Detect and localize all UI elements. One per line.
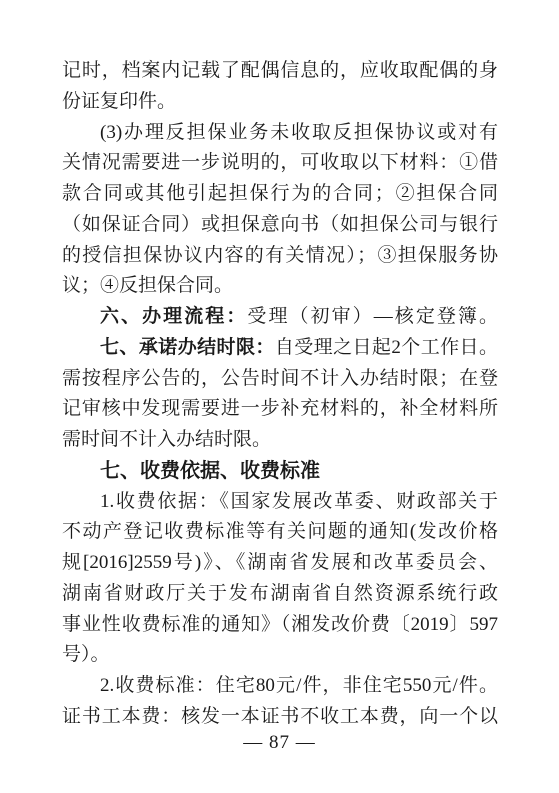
text-line: 记时，档案内记载了配偶信息的，应收取配偶的身 — [62, 56, 498, 87]
text-segment: 议；④反担保合同。 — [62, 275, 233, 296]
text-line: 需时间不计入办结时限。 — [62, 425, 498, 456]
text-line: 号）。 — [62, 640, 498, 671]
text-segment: 规[2016]2559号)》、《湖南省发展和改革委员会、 — [62, 552, 498, 573]
text-segment: 关情况需要进一步说明的，可收取以下材料：①借 — [62, 152, 498, 173]
text-segment: 自受理之日起2个工作日。 — [275, 337, 498, 358]
text-line: 不动产登记收费标准等有关问题的通知(发改价格 — [62, 517, 498, 548]
text-segment: 份证复印件。 — [62, 91, 176, 112]
text-segment: 需时间不计入办结时限。 — [62, 429, 271, 450]
text-segment: 1.收费依据：《国家发展改革委、财政部关于 — [100, 491, 498, 512]
text-segment: （如保证合同）或担保意向书（如担保公司与银行 — [62, 214, 498, 235]
text-segment: 事业性收费标准的通知》（湘发改价费〔2019〕597 — [62, 614, 498, 635]
document-page: 记时，档案内记载了配偶信息的，应收取配偶的身份证复印件。(3)办理反担保业务未收… — [0, 0, 559, 793]
section-heading-line: 七、收费依据、收费标准 — [62, 456, 498, 487]
text-line: 款合同或其他引起担保行为的合同；②担保合同 — [62, 179, 498, 210]
text-line: 需按程序公告的，公告时间不计入办结时限；在登 — [62, 364, 498, 395]
text-line: 的授信担保协议内容的有关情况）；③担保服务协 — [62, 241, 498, 272]
text-line: 证书工本费：核发一本证书不收工本费，向一个以 — [62, 702, 498, 733]
text-line: 2.收费标准：住宅80元/件，非住宅550元/件。 — [62, 671, 498, 702]
text-line: 议；④反担保合同。 — [62, 271, 498, 302]
page-number: — 87 — — [0, 732, 559, 754]
text-segment: 2.收费标准：住宅80元/件，非住宅550元/件。 — [100, 675, 498, 696]
text-segment: 号）。 — [62, 644, 110, 665]
text-segment: 证书工本费：核发一本证书不收工本费，向一个以 — [62, 706, 498, 727]
text-segment: 受理（初审）—核定登簿。 — [247, 306, 498, 327]
text-line: 规[2016]2559号)》、《湖南省发展和改革委员会、 — [62, 548, 498, 579]
text-line: （如保证合同）或担保意向书（如担保公司与银行 — [62, 210, 498, 241]
text-line: 七、承诺办结时限：自受理之日起2个工作日。 — [62, 333, 498, 364]
text-segment: 需按程序公告的，公告时间不计入办结时限；在登 — [62, 368, 498, 389]
text-segment: 的授信担保协议内容的有关情况）；③担保服务协 — [62, 245, 498, 266]
text-line: 记审核中发现需要进一步补充材料的，补全材料所 — [62, 394, 498, 425]
text-segment-bold: 七、收费依据、收费标准 — [100, 460, 320, 482]
text-segment: 不动产登记收费标准等有关问题的通知(发改价格 — [62, 521, 498, 542]
text-line: 份证复印件。 — [62, 87, 498, 118]
text-line: 事业性收费标准的通知》（湘发改价费〔2019〕597 — [62, 610, 498, 641]
text-line: 关情况需要进一步说明的，可收取以下材料：①借 — [62, 148, 498, 179]
text-segment: 湖南省财政厅关于发布湖南省自然资源系统行政 — [62, 583, 498, 604]
text-segment-bold: 七、承诺办结时限： — [100, 337, 275, 358]
text-segment: 款合同或其他引起担保行为的合同；②担保合同 — [62, 183, 498, 204]
text-segment-bold: 六、办理流程： — [100, 306, 247, 327]
text-line: (3)办理反担保业务未收取反担保协议或对有 — [62, 118, 498, 149]
document-body: 记时，档案内记载了配偶信息的，应收取配偶的身份证复印件。(3)办理反担保业务未收… — [62, 56, 498, 733]
text-segment: 记审核中发现需要进一步补充材料的，补全材料所 — [62, 398, 498, 419]
text-segment: (3)办理反担保业务未收取反担保协议或对有 — [100, 122, 498, 143]
text-line: 1.收费依据：《国家发展改革委、财政部关于 — [62, 487, 498, 518]
text-line: 湖南省财政厅关于发布湖南省自然资源系统行政 — [62, 579, 498, 610]
text-segment: 记时，档案内记载了配偶信息的，应收取配偶的身 — [62, 60, 498, 81]
text-line: 六、办理流程：受理（初审）—核定登簿。 — [62, 302, 498, 333]
